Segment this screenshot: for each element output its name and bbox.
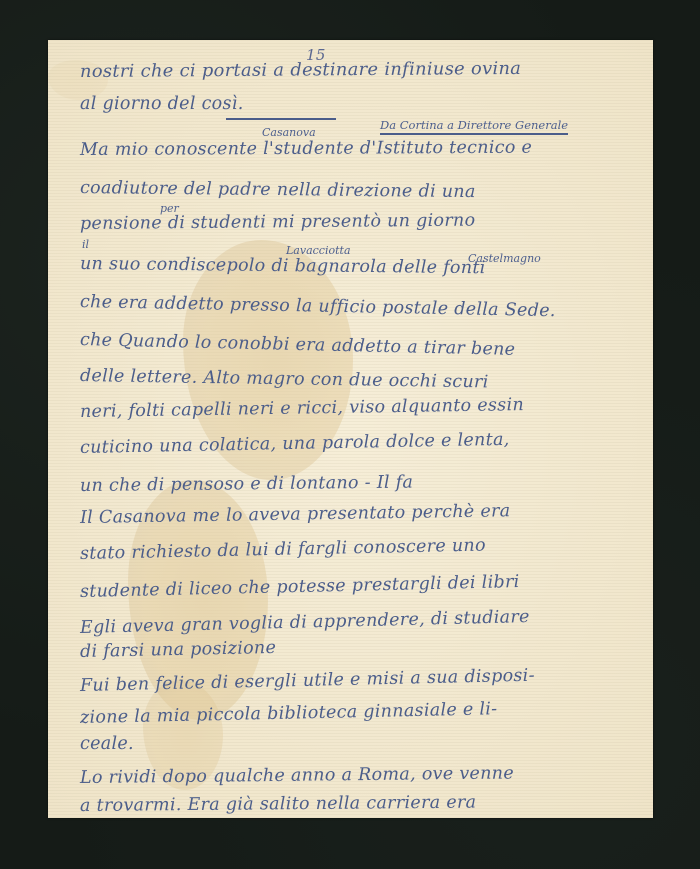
manuscript-line: che era addetto presso la ufficio postal… <box>80 292 556 321</box>
manuscript-line: a trovarmi. Era già salito nella carrier… <box>80 793 477 816</box>
manuscript-line: neri, folti capelli neri e ricci, viso a… <box>80 395 524 422</box>
manuscript-line: Egli aveva gran voglia di apprendere, di… <box>80 607 530 638</box>
manuscript-line: stato richiesto da lui di fargli conosce… <box>80 536 486 564</box>
manuscript-line: pensione di studenti mi presentò un gior… <box>80 211 476 234</box>
manuscript-line: coadiutore del padre nella direzione di … <box>80 178 476 202</box>
manuscript-page: 15 nostri che ci portasi a destinare inf… <box>48 40 653 818</box>
manuscript-line: Il Casanova me lo aveva presentato perch… <box>80 501 511 528</box>
insertion-casanova: Casanova <box>262 126 316 139</box>
insertion-mark <box>226 118 336 120</box>
manuscript-line: ceale. <box>80 734 134 754</box>
manuscript-line: Fui ben felice di esergli utile e misi a… <box>80 666 535 696</box>
manuscript-line: Ma mio conoscente l'studente d'Istituto … <box>80 138 532 160</box>
manuscript-line: studente di liceo che potesse prestargli… <box>80 572 520 602</box>
manuscript-line: un suo condiscepolo di bagnarola delle f… <box>80 254 486 278</box>
manuscript-line: zione la mia piccola biblioteca ginnasia… <box>80 699 498 728</box>
manuscript-line: un che di pensoso e di lontano - Il fa <box>80 473 413 496</box>
manuscript-line: che Quando lo conobbi era addetto a tira… <box>80 330 516 360</box>
manuscript-line: di farsi una posizione <box>80 638 277 662</box>
manuscript-line: nostri che ci portasi a destinare infini… <box>80 59 521 82</box>
insertion-lavacciotta: Lavacciotta <box>286 244 351 257</box>
manuscript-line: Lo rividi dopo qualche anno a Roma, ove … <box>80 763 514 788</box>
manuscript-line: cuticino una colatica, una parola dolce … <box>80 430 510 458</box>
insertion-da-cortina: Da Cortina a Direttore Generale <box>380 118 568 135</box>
manuscript-line: delle lettere. Alto magro con due occhi … <box>80 366 489 392</box>
manuscript-line: al giorno del così. <box>80 94 244 114</box>
insertion-il: il <box>82 238 89 251</box>
